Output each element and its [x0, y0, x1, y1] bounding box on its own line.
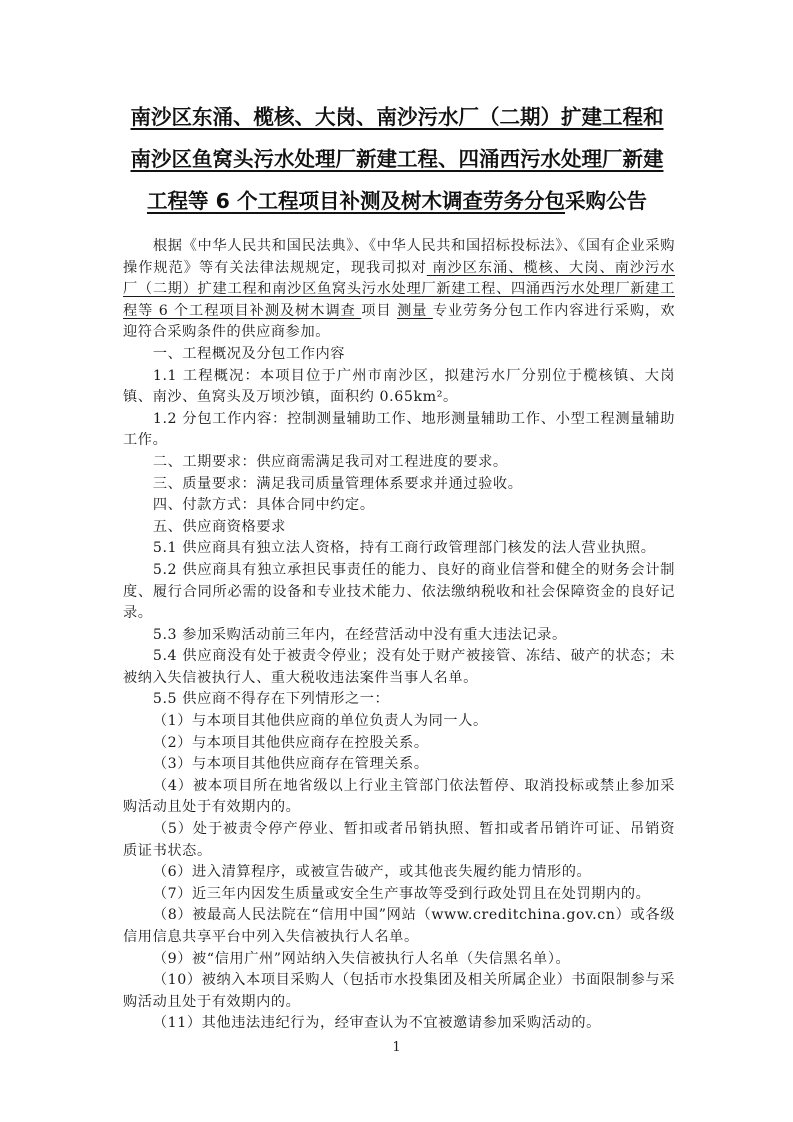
- paragraph-1-2: 1.2 分包工作内容：控制测量辅助工作、地形测量辅助工作、小型工程测量辅助工作。: [123, 409, 675, 452]
- page-number: 1: [0, 1040, 793, 1055]
- list-item: （4）被本项目所在地省级以上行业主管部门依法暂停、取消投标或禁止参加采购活动且处…: [123, 776, 675, 819]
- list-item: （2）与本项目其他供应商存在控股关系。: [123, 733, 675, 755]
- paragraph-5-3: 5.3 参加采购活动前三年内，在经营活动中没有重大违法记录。: [123, 625, 675, 647]
- list-item: （8）被最高人民法院在“信用中国”网站（www.creditchina.gov.…: [123, 905, 675, 948]
- intro-mid: 项目: [361, 303, 397, 319]
- list-item: （10）被纳入本项目采购人（包括市水投集团及相关所属企业）书面限制参与采购活动且…: [123, 970, 675, 1013]
- intro-paragraph: 根据《中华人民共和国民法典》、《中华人民共和国招标投标法》、《国有企业采购操作规…: [123, 236, 675, 344]
- paragraph-5-5: 5.5 供应商不得存在下列情形之一：: [123, 689, 675, 711]
- paragraph-1-1: 1.1 工程概况：本项目位于广州市南沙区，拟建污水厂分别位于榄核镇、大岗镇、南沙…: [123, 366, 675, 409]
- paragraph-5-1: 5.1 供应商具有独立法人资格，持有工商行政管理部门核发的法人营业执照。: [123, 538, 675, 560]
- document-body: 根据《中华人民共和国民法典》、《中华人民共和国招标投标法》、《国有企业采购操作规…: [123, 236, 675, 1035]
- specialty-name: 测量: [397, 303, 433, 319]
- list-item: （11）其他违法违纪行为，经审查认为不宜被邀请参加采购活动的。: [123, 1013, 675, 1035]
- paragraph-5-4: 5.4 供应商没有处于被责令停业；没有处于财产被接管、冻结、破产的状态；未被纳入…: [123, 646, 675, 689]
- title-line-1: 南沙区东涌、榄核、大岗、南沙污水厂（二期）扩建工程和: [112, 96, 682, 138]
- title-underlined-text: 工程等 6 个工程项目补测及树木调查劳务分包: [147, 189, 565, 213]
- title-plain-text: 采购公告: [565, 189, 647, 213]
- list-item: （7）近三年内因发生质量或安全生产事故等受到行政处罚且在处罚期内的。: [123, 884, 675, 906]
- list-item: （3）与本项目其他供应商存在管理关系。: [123, 754, 675, 776]
- title-line-3: 工程等 6 个工程项目补测及树木调查劳务分包采购公告: [112, 180, 682, 222]
- title-line-2: 南沙区鱼窝头污水处理厂新建工程、四涌西污水处理厂新建: [112, 138, 682, 180]
- section-heading-4: 四、付款方式：具体合同中约定。: [123, 495, 675, 517]
- list-item: （1）与本项目其他供应商的单位负责人为同一人。: [123, 711, 675, 733]
- document-page: 南沙区东涌、榄核、大岗、南沙污水厂（二期）扩建工程和 南沙区鱼窝头污水处理厂新建…: [0, 0, 793, 1122]
- list-item: （9）被“信用广州”网站纳入失信被执行人名单（失信黑名单）。: [123, 949, 675, 971]
- title-underlined-text: 南沙区鱼窝头污水处理厂新建工程、四涌西污水处理厂新建: [131, 147, 664, 171]
- section-heading-2: 二、工期要求：供应商需满足我司对工程进度的要求。: [123, 452, 675, 474]
- list-item: （5）处于被责令停产停业、暂扣或者吊销执照、暂扣或者吊销许可证、吊销资质证书状态…: [123, 819, 675, 862]
- paragraph-5-2: 5.2 供应商具有独立承担民事责任的能力、良好的商业信誉和健全的财务会计制度、履…: [123, 560, 675, 625]
- section-heading-1: 一、工程概况及分包工作内容: [123, 344, 675, 366]
- title-underlined-text: 南沙区东涌、榄核、大岗、南沙污水厂（二期）扩建工程和: [131, 105, 664, 129]
- list-item: （6）进入清算程序，或被宣告破产，或其他丧失履约能力情形的。: [123, 862, 675, 884]
- document-title: 南沙区东涌、榄核、大岗、南沙污水厂（二期）扩建工程和 南沙区鱼窝头污水处理厂新建…: [112, 96, 682, 222]
- section-heading-5: 五、供应商资格要求: [123, 517, 675, 539]
- section-heading-3: 三、质量要求：满足我司质量管理体系要求并通过验收。: [123, 474, 675, 496]
